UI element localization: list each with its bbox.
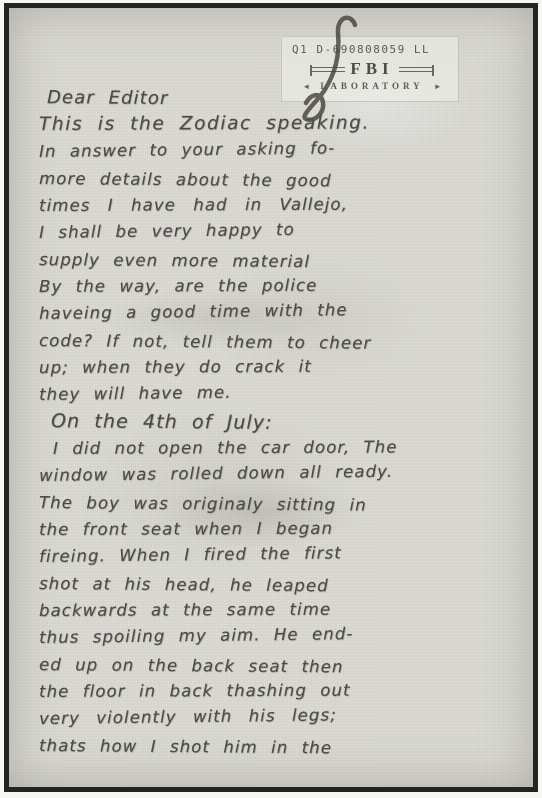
scanned-letter-frame: Q1 D-690808059 LL FBI ◄ LABORATORY ► Dea… [4, 3, 538, 792]
letter-body: Dear Editor This is the Zodiac speaking.… [39, 84, 517, 759]
handwriting-line: window was rolled down all ready. [39, 456, 517, 489]
stamp-fbi-row: FBI [292, 59, 452, 79]
handwriting-line: thus spoiling my aim. He end- [39, 618, 517, 651]
handwriting-line: they will have me. [39, 375, 517, 408]
handwriting-line: haveing a good time with the [39, 294, 517, 327]
handwriting-line: I shall be very happy to [39, 213, 517, 246]
stamp-case-number: Q1 D-690808059 LL [292, 43, 452, 56]
letter-paper: Q1 D-690808059 LL FBI ◄ LABORATORY ► Dea… [9, 8, 533, 787]
handwriting-line: In answer to your asking fo- [39, 132, 517, 165]
stamp-flourish-left-icon [311, 67, 345, 72]
handwriting-line: fireing. When I fired the first [39, 537, 517, 570]
handwriting-line: thats how I shot him in the [39, 732, 517, 763]
stamp-flourish-right-icon [399, 67, 433, 72]
handwriting-line: very violently with his legs; [39, 699, 517, 732]
stamp-fbi-label: FBI [350, 59, 393, 79]
